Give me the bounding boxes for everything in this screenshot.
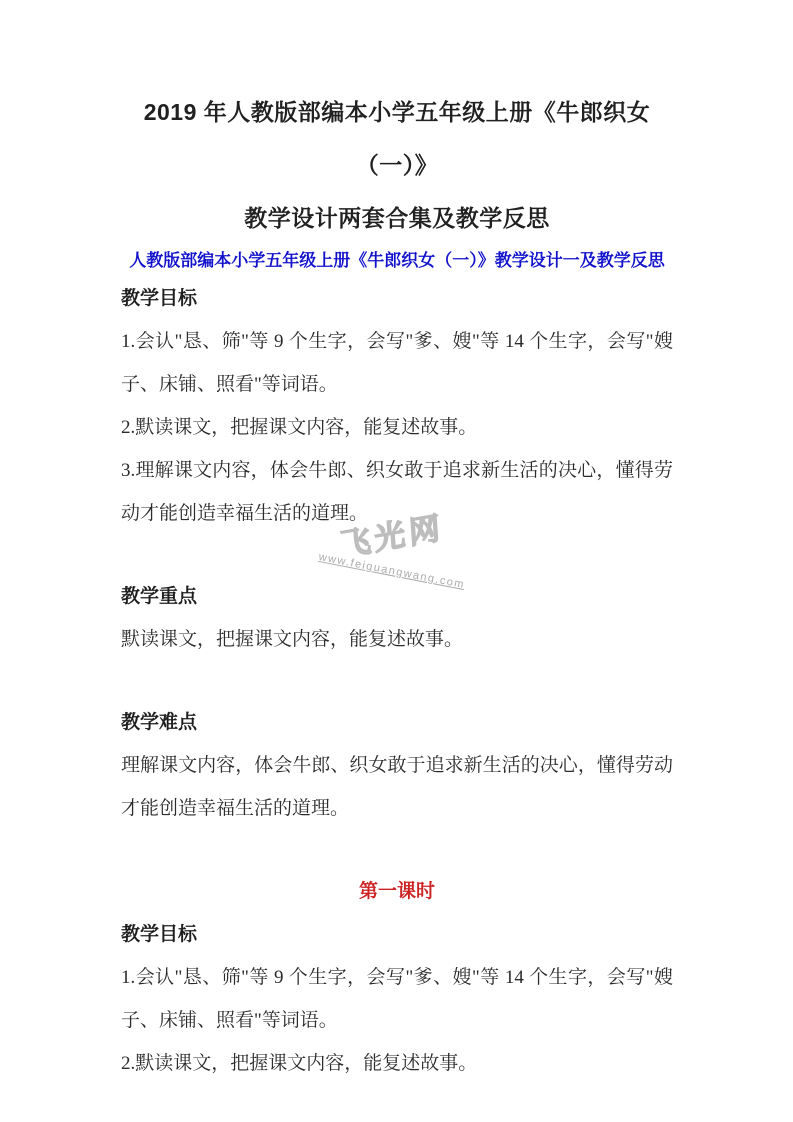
- heading-lesson1-objectives: 教学目标: [121, 913, 673, 956]
- difficult-points-text: 理解课文内容，体会牛郎、织女敢于追求新生活的决心，懂得劳动才能创造幸福生活的道理…: [121, 744, 673, 830]
- lesson1-objective-item-1: 1.会认"恳、筛"等 9 个生字，会写"爹、嫂"等 14 个生字，会写"嫂子、床…: [121, 956, 673, 1042]
- document-page: 飞光网 www.feiguangwang.com 2019 年人教版部编本小学五…: [0, 0, 793, 1122]
- objective-item-1: 1.会认"恳、筛"等 9 个生字，会写"爹、嫂"等 14 个生字，会写"嫂子、床…: [121, 320, 673, 406]
- document-subtitle: 人教版部编本小学五年级上册《牛郎织女（一）》教学设计一及教学反思: [121, 245, 673, 277]
- document-title-line-1: 2019 年人教版部编本小学五年级上册《牛郎织女（一）》: [121, 86, 673, 192]
- document-content: 2019 年人教版部编本小学五年级上册《牛郎织女（一）》 教学设计两套合集及教学…: [121, 86, 673, 1085]
- heading-lesson-1: 第一课时: [121, 870, 673, 913]
- heading-key-points: 教学重点: [121, 575, 673, 618]
- key-points-text: 默读课文，把握课文内容，能复述故事。: [121, 618, 673, 661]
- objective-item-2: 2.默读课文，把握课文内容，能复述故事。: [121, 406, 673, 449]
- objective-item-3: 3.理解课文内容，体会牛郎、织女敢于追求新生活的决心，懂得劳动才能创造幸福生活的…: [121, 449, 673, 535]
- heading-difficult-points: 教学难点: [121, 701, 673, 744]
- document-title-line-2: 教学设计两套合集及教学反思: [121, 192, 673, 245]
- heading-objectives: 教学目标: [121, 277, 673, 320]
- lesson1-objective-item-2: 2.默读课文，把握课文内容，能复述故事。: [121, 1042, 673, 1085]
